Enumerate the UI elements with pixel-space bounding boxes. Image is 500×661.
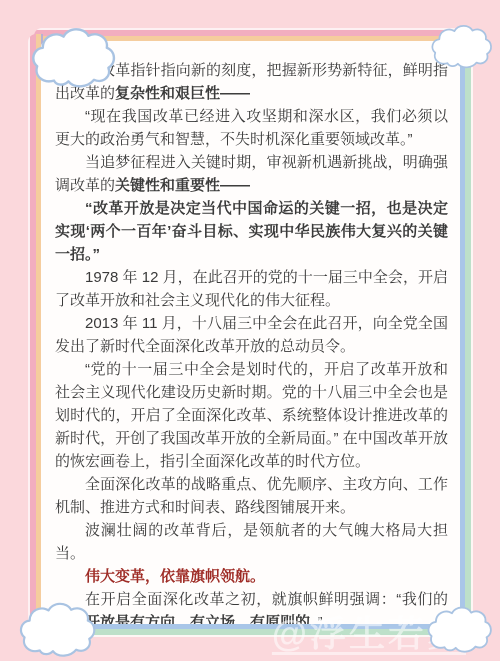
paragraph: 2013 年 11 月，十八届三中全会在此召开，向全党全国发出了新时代全面深化改… <box>55 312 448 358</box>
text-segment: 全面深化改革的战略重点、优先顺序、主攻方向、工作机制、推进方式和时间表、路线图铺… <box>55 476 448 516</box>
cloud-icon-bottom-left <box>18 597 98 661</box>
rainbow-frame: 当改革指针指向新的刻度，把握新形势新特征，鲜明指出改革的复杂性和艰巨性——“现在… <box>28 28 473 637</box>
paragraph: 全面深化改革的战略重点、优先顺序、主攻方向、工作机制、推进方式和时间表、路线图铺… <box>55 473 448 519</box>
text-segment: “党的十一届三中全会是划时代的，开启了改革开放和社会主义现代化建设历史新时期。党… <box>55 361 448 470</box>
text-segment: 2013 年 11 月，十八届三中全会在此召开，向全党全国发出了新时代全面深化改… <box>55 315 448 355</box>
cloud-icon-bottom-right <box>426 599 494 659</box>
text-segment: 波澜壮阔的改革背后，是领航者的大气魄大格局大担当。 <box>55 522 448 562</box>
text-segment: 复杂性和艰巨性—— <box>115 85 250 102</box>
rainbow-border-right <box>458 34 473 631</box>
text-segment: “现在我国改革已经进入攻坚期和深水区，我们必须以更大的政治勇气和智慧，不失时机深… <box>55 108 448 148</box>
paragraph: 当追梦征程进入关键时期，审视新机遇新挑战，明确强调改革的关键性和重要性—— <box>55 151 448 197</box>
text-segment: 1978 年 12 月，在此召开的党的十一届三中全会，开启了改革开放和社会主义现… <box>55 269 448 309</box>
paragraph: “改革开放是决定当代中国命运的关键一招，也是决定实现‘两个一百年’奋斗目标、实现… <box>55 197 448 266</box>
paragraph: 伟大变革，依靠旗帜领航。 <box>55 565 448 588</box>
article-body: 当改革指针指向新的刻度，把握新形势新特征，鲜明指出改革的复杂性和艰巨性——“现在… <box>41 41 460 624</box>
text-segment: “改革开放是决定当代中国命运的关键一招，也是决定实现‘两个一百年’奋斗目标、实现… <box>55 200 448 263</box>
paragraph: “现在我国改革已经进入攻坚期和深水区，我们必须以更大的政治勇气和智慧，不失时机深… <box>55 105 448 151</box>
content-card: 当改革指针指向新的刻度，把握新形势新特征，鲜明指出改革的复杂性和艰巨性——“现在… <box>41 41 460 624</box>
cloud-icon-top-left <box>30 16 118 98</box>
paragraph: 波澜壮阔的改革背后，是领航者的大气魄大格局大担当。 <box>55 519 448 565</box>
text-segment: 伟大变革，依靠旗帜领航。 <box>85 568 265 585</box>
paragraph: 1978 年 12 月，在此召开的党的十一届三中全会，开启了改革开放和社会主义现… <box>55 266 448 312</box>
text-segment: 关键性和重要性—— <box>115 177 250 194</box>
cloud-icon-top-right <box>430 16 494 76</box>
paragraph: “党的十一届三中全会是划时代的，开启了改革开放和社会主义现代化建设历史新时期。党… <box>55 358 448 473</box>
text-segment: 当追梦征程进入关键时期，审视新机遇新挑战，明确强调改革的 <box>55 154 448 194</box>
